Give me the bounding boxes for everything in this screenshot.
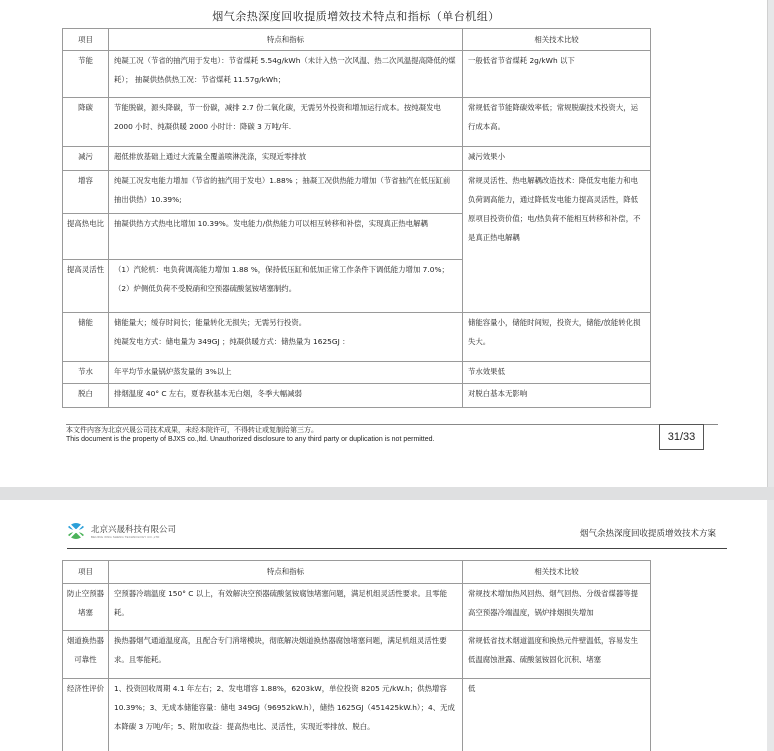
table-row: 节水 年平均节水量锅炉蒸发量的 3%以上 节水效果低: [63, 362, 651, 384]
table-row: 节能 纯凝工况（节省的抽汽用于发电）：节省煤耗 5.54g/kWh（未计入热一次…: [63, 51, 651, 98]
header-comparison: 相关技术比较: [463, 29, 651, 51]
row-feature: 超低排放基础上通过大流量全覆盖喷淋洗涤，实现近零排放: [109, 147, 463, 171]
page-number: 31/33: [659, 424, 704, 450]
spec-table-2: 项目 特点和指标 相关技术比较 防止空预器堵塞 空预器冷端温度 150° C 以…: [62, 560, 651, 751]
document-page-31: 烟气余热深度回收提质增效技术特点和指标（单台机组） 项目 特点和指标 相关技术比…: [0, 0, 768, 487]
row-comparison: 储能容量小，储能时间短，投资大，储能/放能转化损失大。: [463, 313, 651, 362]
footer-disclaimer-cn: 本文件内容为北京兴晟公司技术成果，未经本院许可，不得转让或复制给第三方。: [66, 425, 318, 435]
row-feature: 纯凝工况发电能力增加（节省的抽汽用于发电）1.88% ；抽凝工况供热能力增加（节…: [109, 171, 463, 214]
row-item: 提高灵活性: [63, 260, 109, 313]
row-comparison: 节水效果低: [463, 362, 651, 384]
page-gap: [0, 487, 774, 500]
table-row: 减污 超低排放基础上通过大流量全覆盖喷淋洗涤，实现近零排放 减污效果小: [63, 147, 651, 171]
row-feature: 纯凝工况（节省的抽汽用于发电）：节省煤耗 5.54g/kWh（未计入热一次风温、…: [109, 51, 463, 98]
row-item: 脱白: [63, 384, 109, 408]
row-feature: 排烟温度 40° C 左右，夏春秋基本无白烟，冬季大幅减弱: [109, 384, 463, 408]
row-comparison: 对脱白基本无影响: [463, 384, 651, 408]
table-row: 防止空预器堵塞 空预器冷端温度 150° C 以上，有效解决空预器硫酸氢铵腐蚀堵…: [63, 584, 651, 631]
header-item: 项目: [63, 561, 109, 584]
row-feature: （1）汽轮机：电负荷调高能力增加 1.88 %，保持低压缸和低加正常工作条件下调…: [109, 260, 463, 313]
table-title: 烟气余热深度回收提质增效技术特点和指标（单台机组）: [62, 8, 650, 24]
row-comparison: 常规灵活性、热电解耦改造技术：降低发电能力和电负荷调高能力，通过降低发电能力提高…: [463, 171, 651, 313]
row-feature: 储能量大；缓存时间长；能量转化无损失；无需另行投资。 纯凝发电方式：储电量为 3…: [109, 313, 463, 362]
row-comparison: 一般低省节省煤耗 2g/kWh 以下: [463, 51, 651, 98]
company-name-en: BEIJING XING SHENG TECHNOLOGY CO.,LTD: [91, 535, 159, 539]
row-feature: 年平均节水量锅炉蒸发量的 3%以上: [109, 362, 463, 384]
header-divider: [67, 548, 727, 549]
row-feature: 空预器冷端温度 150° C 以上，有效解决空预器硫酸氢铵腐蚀堵塞问题，满足机组…: [109, 584, 463, 631]
table-row: 烟道换热器可靠性 换热器烟气通道温度高，且配合专门消堵模块，彻底解决烟道换热器腐…: [63, 631, 651, 679]
row-item: 节能: [63, 51, 109, 98]
document-header-title: 烟气余热深度回收提质增效技术方案: [580, 527, 716, 539]
row-feature: 换热器烟气通道温度高，且配合专门消堵模块，彻底解决烟道换热器腐蚀堵塞问题，满足机…: [109, 631, 463, 679]
header-feature: 特点和指标: [109, 561, 463, 584]
row-comparison: 低: [463, 679, 651, 751]
table-row: 降碳 节能脱碳，源头降碳，节一份碳，减排 2.7 份二氧化碳，无需另外投资和增加…: [63, 98, 651, 147]
row-item: 防止空预器堵塞: [63, 584, 109, 631]
company-name-cn: 北京兴晟科技有限公司: [91, 523, 176, 535]
footer-disclaimer-en: This document is the property of BJXS co…: [66, 436, 434, 443]
table-row: 储能 储能量大；缓存时间长；能量转化无损失；无需另行投资。 纯凝发电方式：储电量…: [63, 313, 651, 362]
row-comparison: 常规低省技术烟道温度和换热元件壁温低，容易发生低温腐蚀泄露、硫酸氢铵固化沉积、堵…: [463, 631, 651, 679]
table-row: 脱白 排烟温度 40° C 左右，夏春秋基本无白烟，冬季大幅减弱 对脱白基本无影…: [63, 384, 651, 408]
row-feature: 1、投资回收周期 4.1 年左右；2、发电增容 1.88%，6203kW，单位投…: [109, 679, 463, 751]
row-comparison: 减污效果小: [463, 147, 651, 171]
row-item: 储能: [63, 313, 109, 362]
header-comparison: 相关技术比较: [463, 561, 651, 584]
table-header-row: 项目 特点和指标 相关技术比较: [63, 29, 651, 51]
company-logo-icon: [66, 521, 86, 541]
table-row: 增容 纯凝工况发电能力增加（节省的抽汽用于发电）1.88% ；抽凝工况供热能力增…: [63, 171, 651, 214]
row-item: 减污: [63, 147, 109, 171]
row-item: 增容: [63, 171, 109, 214]
table-row: 经济性评价 1、投资回收周期 4.1 年左右；2、发电增容 1.88%，6203…: [63, 679, 651, 751]
row-item: 经济性评价: [63, 679, 109, 751]
spec-table-1: 项目 特点和指标 相关技术比较 节能 纯凝工况（节省的抽汽用于发电）：节省煤耗 …: [62, 28, 651, 408]
row-item: 节水: [63, 362, 109, 384]
table-header-row: 项目 特点和指标 相关技术比较: [63, 561, 651, 584]
row-item: 提高热电比: [63, 214, 109, 260]
header-item: 项目: [63, 29, 109, 51]
header-feature: 特点和指标: [109, 29, 463, 51]
row-comparison: 常规技术增加热风回热、烟气回热、分级省煤器等提高空预器冷端温度，锅炉排烟损失增加: [463, 584, 651, 631]
row-item: 降碳: [63, 98, 109, 147]
row-item: 烟道换热器可靠性: [63, 631, 109, 679]
row-feature: 节能脱碳，源头降碳，节一份碳，减排 2.7 份二氧化碳，无需另外投资和增加运行成…: [109, 98, 463, 147]
row-comparison: 常规低省节能降碳效率低；常规脱碳技术投资大，运行成本高。: [463, 98, 651, 147]
row-feature: 抽凝供热方式热电比增加 10.39%。发电能力/供热能力可以相互转移和补偿，实现…: [109, 214, 463, 260]
